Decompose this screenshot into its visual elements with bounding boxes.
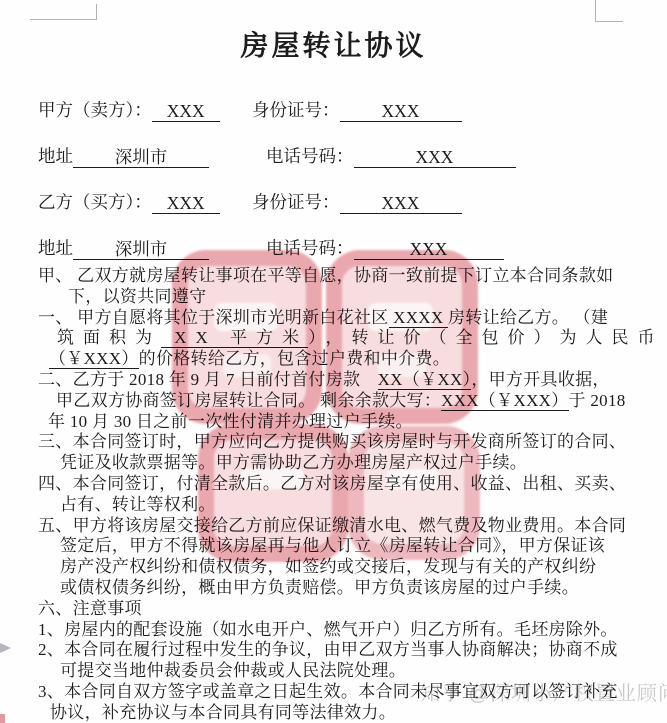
underlined-blank: XX（￥XX） (378, 370, 472, 390)
text-run: 的价格转给乙方，包含过户费和中介费。 (139, 349, 450, 368)
field-value: XXX (382, 193, 420, 213)
text-run: 一、 甲方自愿将其位于深圳市光明新白花社区 (38, 308, 389, 327)
party-row: 甲方（卖方）：XXX身份证号：XXX (38, 97, 647, 118)
field-value: 深圳市 (115, 239, 168, 259)
cursor-artifact (0, 643, 11, 653)
body-line: 筑面积为 XX 平方米），转让价（全包价）为人民币 (38, 328, 649, 349)
field-label: 甲方（卖方）： (38, 100, 152, 120)
text-run: 3、本合同自双方签字或盖章之日起生效。本合同未尽事宜双方可以签订补充 (38, 682, 618, 701)
body-line: 六、注意事项 (38, 599, 649, 620)
party-field: 电话号码：XXX (266, 143, 516, 168)
text-run: 三、本合同签订时，甲方应向乙方提供购买该房屋时与开发商所签订的合同、 (38, 432, 626, 451)
body-line: 一、 甲方自愿将其位于深圳市光明新白花社区 XXXX 房转让给乙方。 （建 (38, 308, 649, 329)
body-line: 二、乙方于 2018 年 9 月 7 日前付首付房款 XX（￥XX），甲方开具收… (38, 370, 649, 391)
field-underline: XXX (152, 101, 220, 122)
text-run: 下，以资共同遵守 (68, 287, 206, 306)
underlined-blank: XXXX (389, 308, 448, 328)
crop-mark-top-right-v (595, 0, 596, 22)
underlined-blank: （￥XXX） (49, 349, 139, 369)
crop-mark-top-right-h (595, 21, 623, 22)
field-value: 深圳市 (115, 147, 168, 167)
field-label: 电话号码： (266, 146, 354, 166)
field-underline: XXX (340, 193, 462, 214)
body-line: 四、本合同签订，付清全款后。乙方对该房屋享有使用、收益、出租、买卖、 (38, 474, 649, 495)
text-run: 协议，补充协议与本合同具有同等法律效力。 (50, 703, 396, 722)
field-underline: 深圳市 (73, 239, 209, 260)
text-run: 房转让给乙方。 （建 (448, 308, 608, 327)
text-run: 占有、转让等权利。 (60, 495, 216, 514)
field-value: XXX (416, 147, 454, 167)
party-field: 身份证号：XXX (252, 97, 462, 122)
doc-title: 房屋转让协议 (0, 24, 667, 64)
body-line: 年 10 月 30 日之前一次性付清并办理过户手续。 (38, 412, 649, 433)
body-line: 或债权债务纠纷，概由甲方负责赔偿。甲方负责该房屋的过户手续。 (38, 578, 649, 599)
field-underline: XXX (152, 193, 220, 214)
body-line: 五、甲方将该房屋交接给乙方前应保证缴清水电、燃气费及物业费用。本合同 (38, 516, 649, 537)
field-label: 身份证号： (252, 100, 340, 120)
field-label: 地址 (38, 238, 73, 258)
field-label: 乙方（买方）： (38, 192, 152, 212)
text-run: 甲、 乙双方就房屋转让事项在平等自愿，协商一致前提下订立本合同条款如 (38, 266, 613, 285)
field-value: XXX (382, 101, 420, 121)
party-row: 地址深圳市电话号码：XXX (38, 235, 647, 256)
field-label: 电话号码： (266, 238, 354, 258)
text-run: 年 10 月 30 日之前一次性付清并办理过户手续。 (48, 412, 413, 431)
body-line: 3、本合同自双方签字或盖章之日起生效。本合同未尽事宜双方可以签订补充 (38, 682, 649, 703)
text-run: ，甲方开具收据， (471, 370, 609, 389)
party-field: 地址深圳市 (38, 143, 209, 168)
party-field: 地址深圳市 (38, 235, 209, 260)
party-field: 乙方（买方）：XXX (38, 189, 220, 214)
document-page: 知乎 @深圳小产权置业顾问 房屋转让协议 甲方（卖方）：XXX身份证号：XXX地… (0, 0, 667, 723)
field-label: 地址 (38, 146, 73, 166)
text-run: 甲乙双方协商签订房屋转让合同。 剩余余款大写： (56, 391, 441, 410)
body-line: 下，以资共同遵守 (38, 287, 649, 308)
text-run: 四、本合同签订，付清全款后。乙方对该房屋享有使用、收益、出租、买卖、 (38, 474, 626, 493)
field-underline: XXX (340, 101, 462, 122)
crop-mark-top-left-v (96, 4, 97, 20)
text-run: 五、甲方将该房屋交接给乙方前应保证缴清水电、燃气费及物业费用。本合同 (38, 516, 626, 535)
parties-section: 甲方（卖方）：XXX身份证号：XXX地址深圳市电话号码：XXX乙方（买方）：XX… (38, 97, 647, 281)
field-underline: XXX (354, 239, 504, 260)
body-line: 房产没产权纠纷和债权债务，如签约或交接后，发现与有关的产权纠纷 (38, 557, 649, 578)
text-run: 2、本合同在履行过程中发生的争议，由甲乙双方当事人协商解决；协商不成 (38, 640, 618, 659)
body-line: 1、房屋内的配套设施（如水电开户、燃气开户）归乙方所有。毛坯房除外。 (38, 620, 649, 641)
text-run: 签定后，甲方不得就该房屋再与他人订立《房屋转让合同》，甲方保证该 (60, 536, 605, 555)
body-line: （￥XXX）的价格转给乙方，包含过户费和中介费。 (38, 349, 649, 370)
body-line: 签定后，甲方不得就该房屋再与他人订立《房屋转让合同》，甲方保证该 (38, 536, 649, 557)
party-field: 电话号码：XXX (266, 235, 504, 260)
field-underline: 深圳市 (73, 147, 209, 168)
body-line: 占有、转让等权利。 (38, 495, 649, 516)
text-run: 或债权债务纠纷，概由甲方负责赔偿。甲方负责该房屋的过户手续。 (60, 578, 579, 597)
body-line: 三、本合同签订时，甲方应向乙方提供购买该房屋时与开发商所签订的合同、 (38, 432, 649, 453)
party-row: 地址深圳市电话号码：XXX (38, 143, 647, 164)
text-run: 凭证及收款票据等。甲方需协助乙方办理房屋产权过户手续。 (60, 453, 527, 472)
underlined-blank: XXX（￥XXX） (441, 391, 568, 411)
text-run: 于 2018 (569, 391, 626, 410)
field-value: XXX (410, 239, 448, 259)
text-run: ），转让价（全包价）为人民币 (308, 328, 664, 347)
party-field: 甲方（卖方）：XXX (38, 97, 220, 122)
body-line: 甲乙双方协商签订房屋转让合同。 剩余余款大写：XXX（￥XXX）于 2018 (38, 391, 649, 412)
text-run: 1、房屋内的配套设施（如水电开户、燃气开户）归乙方所有。毛坯房除外。 (38, 620, 618, 639)
text-run: 可提交当地仲裁委员会仲裁或人民法院处理。 (60, 661, 406, 680)
text-run: 二、乙方于 2018 年 9 月 7 日前付首付房款 (38, 370, 378, 389)
field-value: XXX (167, 193, 205, 213)
text-run: 房产没产权纠纷和债权债务，如签约或交接后，发现与有关的产权纠纷 (60, 557, 596, 576)
body-line: 可提交当地仲裁委员会仲裁或人民法院处理。 (38, 661, 649, 682)
text-run: 六、注意事项 (38, 599, 142, 618)
red-edge-artifact (0, 714, 5, 723)
underlined-blank: XX 平方米 (161, 328, 308, 348)
body-line: 协议，补充协议与本合同具有同等法律效力。 (38, 703, 649, 723)
party-field: 身份证号：XXX (252, 189, 462, 214)
body-line: 甲、 乙双方就房屋转让事项在平等自愿，协商一致前提下订立本合同条款如 (38, 266, 649, 287)
body-line: 2、本合同在履行过程中发生的争议，由甲乙双方当事人协商解决；协商不成 (38, 640, 649, 661)
text-run: 筑面积为 (57, 328, 161, 347)
crop-mark-top-left-h (30, 19, 96, 20)
body-line: 凭证及收款票据等。甲方需协助乙方办理房屋产权过户手续。 (38, 453, 649, 474)
party-row: 乙方（买方）：XXX身份证号：XXX (38, 189, 647, 210)
field-label: 身份证号： (252, 192, 340, 212)
field-underline: XXX (354, 147, 516, 168)
field-value: XXX (167, 101, 205, 121)
body-section: 甲、 乙双方就房屋转让事项在平等自愿，协商一致前提下订立本合同条款如下，以资共同… (38, 266, 649, 723)
